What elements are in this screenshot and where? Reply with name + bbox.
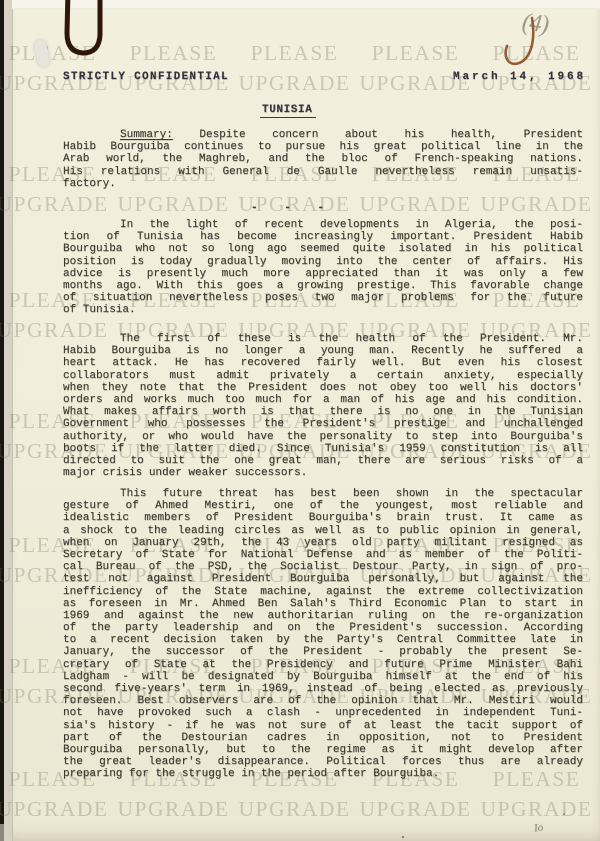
date-label: March 14, 1968 (430, 71, 586, 83)
text-line: tion of Tunisia has become increasingly … (63, 231, 583, 243)
text-line: In the light of recent developments in A… (63, 219, 583, 231)
text-line: part of the Destourian cadres in opposit… (63, 732, 583, 744)
text-line: inefficiency of the State machine, again… (63, 586, 583, 598)
text-line: January, the successor of the President … (63, 646, 583, 658)
text-line: of the party leadership and on the Presi… (63, 622, 583, 634)
text-line: cal Bureau of the PSD, the Socialist Des… (63, 561, 583, 573)
summary-paragraph: Summary: Despite concern about his healt… (63, 129, 583, 190)
text-line: 1969 and against the new authoritarian r… (63, 610, 583, 622)
text-line: Bourguiba who not so long ago seemed qui… (63, 243, 583, 255)
text-line: advice is presently much more appreciate… (63, 268, 583, 280)
text-line: idealistic members of President Bourguib… (63, 512, 583, 524)
text-line: Habib Bourguiba is no longer a young man… (63, 345, 583, 357)
text-line: second five-years' term in 1969, instead… (63, 683, 583, 695)
text-line: position is today gradually moving into … (63, 256, 583, 268)
text-line: as foreseen in Mr. Ahmed Ben Salah's Thi… (63, 598, 583, 610)
text-line: collaborators must admit privately a cer… (63, 370, 583, 382)
text-line: heart attack. He has recovered fairly we… (63, 357, 583, 369)
section-separator: - - - (251, 202, 325, 214)
text-line: a shock to the leading circles as well a… (63, 525, 583, 537)
summary-label: Summary: (120, 129, 173, 141)
text-line: authority, or who would have the persona… (63, 431, 583, 443)
text-line: factory. (63, 178, 583, 190)
text-line: Government who possesses the President's… (63, 418, 583, 430)
text-line: when they note that the President does n… (63, 382, 583, 394)
text-line: when on January 29th, the 43 years old p… (63, 537, 583, 549)
text-line: directed to suit the one great man, ther… (63, 455, 583, 467)
page-title: TUNISIA (260, 104, 316, 118)
text-line: boots if the latter died. Since Tunisia'… (63, 443, 583, 455)
text-line: What makes affairs worth is that there i… (63, 406, 583, 418)
text-line: His relations with General de Gaulle nev… (63, 166, 583, 178)
classification-label: STRICTLY CONFIDENTIAL (63, 71, 229, 83)
text-line: Ladgham - will be designated by Bourguib… (63, 671, 583, 683)
text-line: Bourguiba personally, but to the regime … (63, 744, 583, 756)
text-line: foreseen. Best observers are of the opin… (63, 695, 583, 707)
text-line: of situation nevertheless poses two majo… (63, 292, 583, 304)
text-line: Summary: Despite concern about his healt… (63, 129, 583, 141)
text-line: The first of these is the health of the … (63, 333, 583, 345)
text-line: Habib Bourguiba continues to pursue his … (63, 141, 583, 153)
typed-document: STRICTLY CONFIDENTIAL March 14, 1968 TUN… (0, 0, 600, 841)
text-line: cretary of State at the Presidency and f… (63, 659, 583, 671)
text-line: sia's history - if he was not sure of at… (63, 720, 583, 732)
paragraph: In the light of recent developments in A… (63, 219, 583, 317)
text-line: gesture of Ahmed Mestiri, one of the you… (63, 500, 583, 512)
paragraph: This future threat has best been shown i… (63, 488, 583, 781)
text-line: of Tunisia. (63, 304, 583, 316)
text-line: test not against President Bourguiba per… (63, 573, 583, 585)
text-line: orders and works much too much for a man… (63, 394, 583, 406)
text-line: to a recent decision taken by the Party'… (63, 634, 583, 646)
text-line: major crisis under weaker successors. (63, 467, 583, 479)
text-line: preparing for the struggle in the period… (63, 768, 583, 780)
text-line: the great leader's disappearance. Politi… (63, 756, 583, 768)
text-line: months ago. With this goes a growing pre… (63, 280, 583, 292)
text-line: Secretary of State for National Defense … (63, 549, 583, 561)
text-line: This future threat has best been shown i… (63, 488, 583, 500)
paragraph: The first of these is the health of the … (63, 333, 583, 479)
text-line: not have provoked such a clash - unprece… (63, 707, 583, 719)
text-line: Arab world, the Maghreb, and the bloc of… (63, 153, 583, 165)
